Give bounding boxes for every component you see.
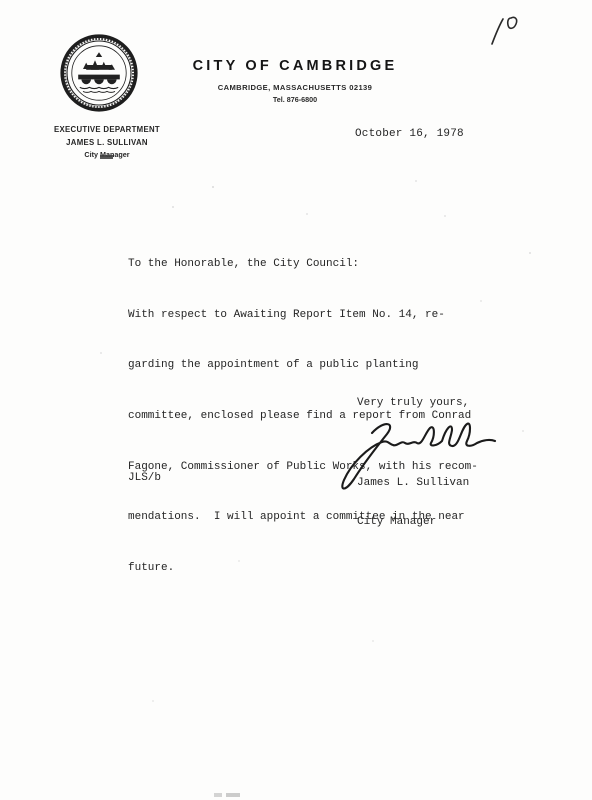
letterhead-department-block: EXECUTIVE DEPARTMENT JAMES L. SULLIVAN C… [32,125,182,159]
letterhead-title: CITY OF CAMBRIDGE [180,58,410,74]
letterhead: CITY OF CAMBRIDGE CAMBRIDGE, MASSACHUSET… [180,58,410,104]
body-line: future. [128,555,478,582]
salutation: To the Honorable, the City Council: [128,251,478,278]
letter-page: CITY OF CAMBRIDGE CAMBRIDGE, MASSACHUSET… [0,0,592,800]
body-line: With respect to Awaiting Report Item No.… [128,302,478,329]
scan-smudge [214,793,246,797]
city-of-cambridge-seal-icon [59,33,139,113]
signed-title: City Manager [357,516,469,529]
handwritten-signature: James L. Sullivan signature [330,413,498,498]
handwritten-page-number: 10 [482,14,526,54]
letterhead-address: CAMBRIDGE, MASSACHUSETTS 02139 [180,83,410,92]
letter-date: October 16, 1978 [355,128,464,140]
department-name: EXECUTIVE DEPARTMENT [32,125,182,134]
closing: Very truly yours, [357,395,469,411]
letterhead-phone: Tel. 876-6800 [180,95,410,104]
scan-artifact [100,155,113,159]
body-line: garding the appointment of a public plan… [128,352,478,379]
manager-name: JAMES L. SULLIVAN [32,138,182,147]
reference-initials: JLS/b [128,472,161,484]
